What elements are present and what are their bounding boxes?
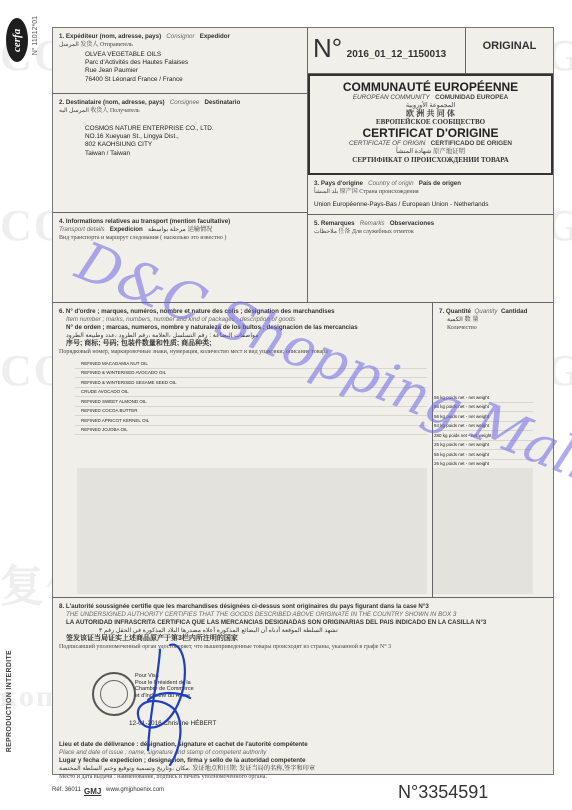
eu-title-zh: 欧 洲 共 同 体	[310, 110, 551, 118]
goods-row: REFINED SWEET ALMOND OIL	[75, 397, 427, 407]
cert-title-ar-zh: شهادة المنشأ 原产地证明	[310, 148, 551, 156]
box6-label-zh: 序号; 商标; 号码; 包装件数量和性质; 商品种类;	[59, 340, 426, 348]
goods-blank-shading	[77, 468, 427, 594]
box5-label-fr: 5. Remarques	[314, 220, 355, 227]
box7-label-ru: Количество	[439, 324, 547, 332]
goods-description: REFINED MACADAMIA NUT OIL	[75, 361, 148, 366]
certificate-form: 1. Expéditeur (nom, adresse, pays) Consi…	[52, 27, 554, 775]
consignor-line: OLVEA VEGETABLE OILS	[85, 51, 301, 59]
box4-label-ar-zh: مرحلة بواسطة 运输情况	[148, 226, 212, 233]
box7-label-ar-zh: الكمية 数 量	[439, 316, 547, 324]
goods-row: REFINED COCOA BUTTER	[75, 407, 427, 417]
box-consignor: 1. Expéditeur (nom, adresse, pays) Consi…	[53, 28, 308, 94]
box2-label-es: Destinatario	[205, 99, 241, 106]
serial-number: N°3354591	[398, 782, 488, 803]
box1-label-fr: 1. Expéditeur (nom, adresse, pays)	[59, 33, 161, 40]
number-prefix: N°	[313, 33, 342, 63]
cerfa-logo: cerfa	[6, 18, 28, 62]
goods-row: REFINED APRICOT KERNEL OIL	[75, 416, 427, 426]
box2-label-en: Consignee	[170, 99, 200, 106]
goods-quantity: 25 kg poids net - net weight	[433, 441, 533, 451]
goods-description: REFINED SWEET ALMOND OIL	[75, 399, 147, 404]
cert-title-ru: СЕРТИФИКАТ О ПРОИСХОЖДЕНИИ ТОВАРА	[310, 156, 551, 165]
goods-quantity: 56 kg poids net - net weight	[433, 450, 533, 460]
box8-text-es: LA AUTORIDAD INFRASCRITA CERTIFICA QUE L…	[66, 619, 486, 626]
box4-label-en: Transport details	[59, 226, 105, 233]
box6-label-ar: مواصفات البضاعة : رقم التسلسل ،العلامة ،…	[59, 332, 426, 340]
goods-description: REFINED JOJOBA OIL	[75, 427, 128, 432]
goods-quantity: 84 kg poids net - net weight	[433, 422, 533, 432]
box4-label-fr: 4. Informations relatives au transport (…	[59, 218, 230, 225]
consignor-line: 76400 St Léonard France / France	[85, 76, 301, 84]
box2-label-multi: المرسل اليه 收货人 Получатель	[59, 107, 301, 115]
box7-label-es: Cantidad	[501, 308, 527, 315]
box-consignee: 2. Destinataire (nom, adresse, pays) Con…	[53, 94, 308, 213]
box8-text-fr: 8. L'autorité soussignée certifie que le…	[59, 603, 429, 610]
reproduction-notice: REPRODUCTION INTERDITE	[6, 650, 13, 752]
certificate-number: 2016_01_12_1150013	[347, 49, 447, 60]
eu-title-fr: COMMUNAUTÉ EUROPÉENNE	[310, 81, 551, 94]
eu-title-es: COMUNIDAD EUROPEA	[435, 94, 508, 101]
box3-label-fr: 3. Pays d'origine	[314, 180, 363, 187]
footer-website[interactable]: www.gmjphoenix.com	[106, 787, 164, 793]
place-label-ru: Место и дата выдачи : наименование, подп…	[59, 773, 547, 781]
box4-label-ru: Вид транспорта и маршрут следования ( на…	[59, 234, 301, 242]
box1-label-es: Expedidor	[200, 33, 230, 40]
box6-label-fr: 6. N° d'ordre ; marques, numéros, nombre…	[59, 308, 335, 315]
consignee-line: NO.16 Xueyuan St., Lingya Dist.,	[85, 133, 301, 141]
box3-label-multi: بلد المنشأ 原产国 Страна происхождения	[314, 188, 547, 196]
box7-label-en: Quantity	[474, 308, 497, 315]
goods-description: REFINED & WINTERISED SESAME SEED OIL	[75, 380, 177, 385]
consignee-line: 802 KAOHSIUNG CITY	[85, 141, 301, 149]
goods-quantity-list: 56 kg poids net - net weight56 kg poids …	[433, 393, 533, 469]
original-label: ORIGINAL	[466, 28, 553, 74]
goods-quantity: 56 kg poids net - net weight	[433, 403, 533, 413]
quantity-blank-shading	[433, 468, 533, 594]
consignee-line: COSMOS NATURE ENTERPRISE CO., LTD.	[85, 125, 301, 133]
box-remarks: 5. Remarques Remarks Observaciones ملاحظ…	[308, 215, 553, 303]
box7-label-fr: 7. Quantité	[439, 308, 471, 315]
goods-row: REFINED & WINTERISED AVOCADO OIL	[75, 369, 427, 379]
box2-label-fr: 2. Destinataire (nom, adresse, pays)	[59, 99, 165, 106]
consignor-line: Parc d'Activités des Hautes Falaises	[85, 59, 301, 67]
box5-label-es: Observaciones	[390, 220, 434, 227]
goods-description: REFINED & WINTERISED AVOCADO OIL	[75, 370, 166, 375]
cerfa-number: N° 11012*01	[32, 16, 39, 55]
box3-label-en: Country of origin	[368, 180, 413, 187]
certificate-number-box: N° 2016_01_12_1150013	[308, 28, 466, 74]
country-of-origin-value: Union Européenne-Pays-Bas / European Uni…	[314, 201, 547, 209]
box5-label-en: Remarks	[360, 220, 385, 227]
goods-quantity: 280 kg poids net - net weight	[433, 431, 533, 441]
box1-label-en: Consignor	[166, 33, 194, 40]
goods-description: REFINED APRICOT KERNEL OIL	[75, 418, 149, 423]
consignee-line: Taiwan / Taiwan	[85, 150, 301, 158]
goods-description: CRUDE AVOCADO OIL	[75, 389, 129, 394]
cert-title-fr: CERTIFICAT D'ORIGINE	[310, 127, 551, 140]
box6-label-en: Item number ; marks, numbers, number and…	[66, 316, 295, 323]
box5-label-multi: ملاحظات 任备 Для служебных отметок	[314, 228, 547, 236]
box6-label-es: N° de orden ; marcas, numeros, nombre y …	[66, 324, 358, 331]
footer-ref: Réf. 36011	[52, 787, 81, 793]
box4-label-es: Expedicion	[110, 226, 143, 233]
goods-row: CRUDE AVOCADO OIL	[75, 388, 427, 398]
goods-description-list: REFINED MACADAMIA NUT OILREFINED & WINTE…	[75, 359, 427, 435]
eu-title-en: EUROPEAN COMMUNITY	[353, 94, 430, 101]
goods-quantity: 56 kg poids net - net weight	[433, 393, 533, 403]
goods-quantity: 56 kg poids net - net weight	[433, 412, 533, 422]
goods-row: REFINED & WINTERISED SESAME SEED OIL	[75, 378, 427, 388]
box3-label-es: País de origen	[419, 180, 461, 187]
serial-prefix: N°	[398, 782, 418, 802]
gmj-logo: GMJ	[84, 787, 101, 796]
goods-row: REFINED MACADAMIA NUT OIL	[75, 359, 427, 369]
consignor-line: Rue Jean Paumier	[85, 67, 301, 75]
box-transport-details: 4. Informations relatives au transport (…	[53, 213, 308, 303]
box6-label-ru: Порядковый номер, маркировочные знаки, н…	[59, 348, 426, 356]
cert-title-en: CERTIFICATE OF ORIGIN	[349, 140, 425, 147]
box-country-of-origin: 3. Pays d'origine Country of origin País…	[308, 175, 553, 215]
goods-row: REFINED JOJOBA OIL	[75, 426, 427, 436]
serial-value: 3354591	[418, 782, 488, 802]
goods-description: REFINED COCOA BUTTER	[75, 408, 138, 413]
box8-text-en: THE UNDERSIGNED AUTHORITY CERTIFIES THAT…	[66, 611, 456, 618]
box1-label-multi: المرسل 发货人 Отправитель	[59, 41, 301, 49]
box8-text-ar: تشهد السلطة الموقعة أدناه أن البضائع الم…	[59, 627, 547, 635]
eu-certificate-header: COMMUNAUTÉ EUROPÉENNE EUROPEAN COMMUNITY…	[308, 74, 553, 175]
cert-title-es: CERTIFICADO DE ORIGEN	[431, 140, 512, 147]
handwritten-signature	[130, 640, 210, 770]
